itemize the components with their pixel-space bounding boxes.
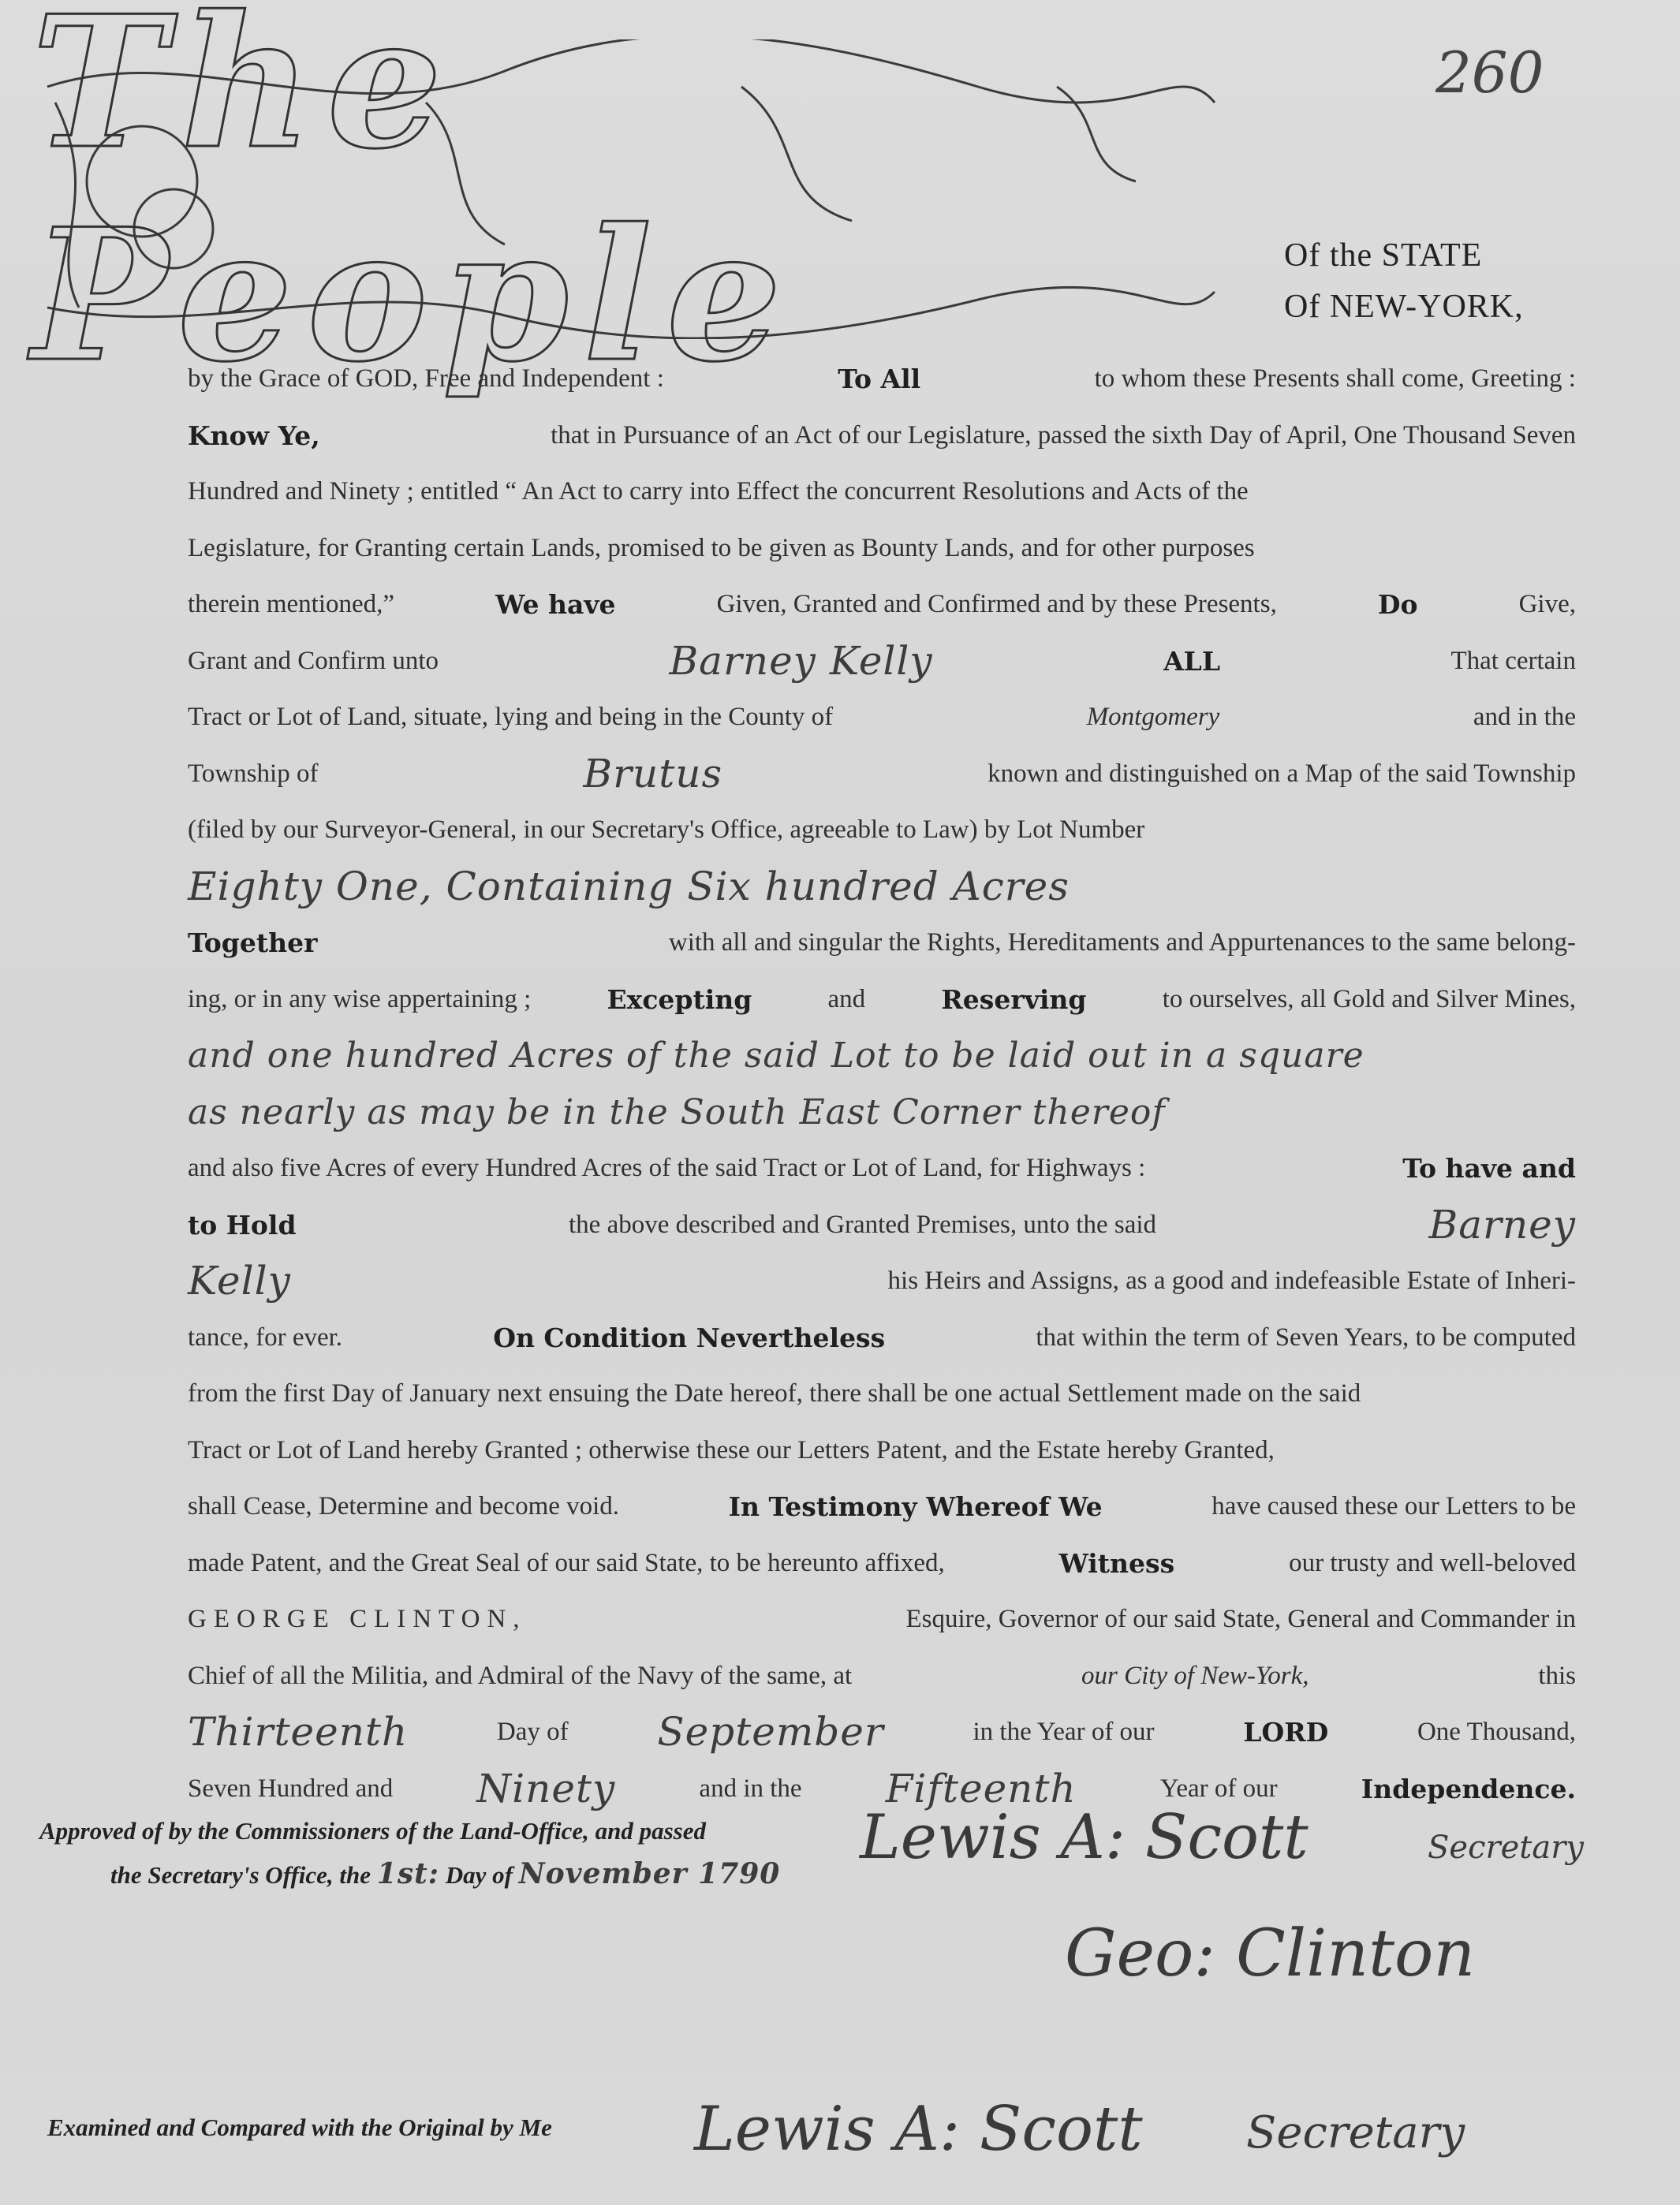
body-line: therein mentioned,” We have Given, Grant… [188,576,1576,633]
reservation-handwritten: and one hundred Acres of the said Lot to… [188,1028,1365,1084]
body-line: Eighty One, Containing Six hundred Acres [188,859,1576,916]
signature-governor: Geo: Clinton [1065,1916,1475,1991]
month-handwritten: September [657,1704,883,1761]
body-line: Chief of all the Militia, and Admiral of… [188,1648,1576,1705]
day-handwritten: Thirteenth [188,1704,408,1761]
masthead-calligraphy: The People [32,39,1230,339]
grantee-handwritten: Kelly [188,1253,291,1310]
signature-secretary-title-examined: Secretary [1246,2107,1465,2158]
reservation-handwritten: as nearly as may be in the South East Co… [188,1084,1166,1141]
governor-name: GEORGE CLINTON, [188,1591,527,1648]
signature-secretary-examined: Lewis A: Scott [694,2094,1143,2165]
body-line: by the Grace of GOD, Free and Independen… [188,351,1576,408]
body-line: Tract or Lot of Land, situate, lying and… [188,689,1576,746]
lot-handwritten: Eighty One, Containing Six hundred Acres [188,859,1070,916]
masthead-title: The People [32,39,1230,339]
state-line-2: Of NEW-YORK, [1284,288,1524,326]
examined-label: Examined and Compared with the Original … [47,2114,552,2142]
year-handwritten: Ninety [476,1761,615,1818]
body-line: Grant and Confirm unto Barney Kelly ALL … [188,633,1576,690]
body-line: Know Ye, that in Pursuance of an Act of … [188,408,1576,465]
grantee-handwritten: Barney Kelly [669,633,932,690]
signature-secretary: Lewis A: Scott [860,1802,1309,1873]
state-line-1: Of the STATE [1284,237,1482,274]
body-line: (filed by our Surveyor-General, in our S… [188,802,1576,859]
body-line: Kelly his Heirs and Assigns, as a good a… [188,1253,1576,1310]
body-line: Tract or Lot of Land hereby Granted ; ot… [188,1423,1576,1479]
body-line: ing, or in any wise appertaining ; Excep… [188,972,1576,1028]
approval-note: Approved of by the Commissioners of the … [39,1810,828,1897]
body-line: Hundred and Ninety ; entitled “ An Act t… [188,464,1576,520]
body-line: made Patent, and the Great Seal of our s… [188,1535,1576,1592]
body-line: shall Cease, Determine and become void. … [188,1479,1576,1535]
body-line: GEORGE CLINTON, Esquire, Governor of our… [188,1591,1576,1648]
body-line: Legislature, for Granting certain Lands,… [188,520,1576,577]
body-line: and one hundred Acres of the said Lot to… [188,1028,1576,1084]
body-line: as nearly as may be in the South East Co… [188,1084,1576,1141]
patent-body: by the Grace of GOD, Free and Independen… [188,351,1576,1817]
body-line: Thirteenth Day of September in the Year … [188,1704,1576,1761]
body-line: Together with all and singular the Right… [188,915,1576,972]
body-line: tance, for ever. On Condition Neverthele… [188,1310,1576,1367]
patent-document: The People 260 Of the STATE Of NEW-YORK,… [0,0,1680,2205]
township-handwritten: Brutus [583,746,722,803]
body-line: Township of Brutus known and distinguish… [188,746,1576,803]
body-line: and also five Acres of every Hundred Acr… [188,1140,1576,1197]
page-number: 260 [1435,39,1544,106]
signature-secretary-title: Secretary [1428,1830,1584,1866]
county-name: Montgomery [1087,689,1220,746]
grantee-handwritten: Barney [1428,1197,1576,1254]
body-line: from the first Day of January next ensui… [188,1366,1576,1423]
body-line: to Hold the above described and Granted … [188,1197,1576,1254]
